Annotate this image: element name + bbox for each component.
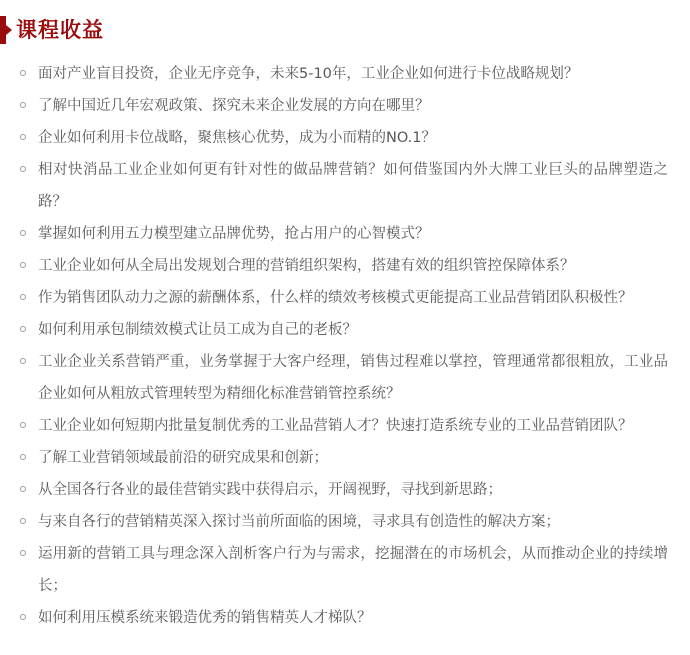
bullet-circle-icon <box>20 262 26 268</box>
bullet-circle-icon <box>20 70 26 76</box>
list-item-text: 相对快消品工业企业如何更有针对性的做品牌营销？如何借鉴国内外大牌工业巨头的品牌塑… <box>38 162 668 210</box>
benefits-list: 面对产业盲目投资，企业无序竞争，未来5-10年，工业企业如何进行卡位战略规划？ … <box>0 58 690 634</box>
bullet-circle-icon <box>20 134 26 140</box>
bullet-circle-icon <box>20 422 26 428</box>
list-item: 了解中国近几年宏观政策、探究未来企业发展的方向在哪里？ <box>20 90 668 122</box>
list-item: 运用新的营销工具与理念深入剖析客户行为与需求，挖掘潜在的市场机会，从而推动企业的… <box>20 538 668 602</box>
list-item: 相对快消品工业企业如何更有针对性的做品牌营销？如何借鉴国内外大牌工业巨头的品牌塑… <box>20 154 668 218</box>
section-header: 课程收益 <box>0 15 690 45</box>
list-item-text: 与来自各行的营销精英深入探讨当前所面临的困境，寻求具有创造性的解决方案； <box>38 514 560 530</box>
list-item-text: 工业企业如何短期内批量复制优秀的工业品营销人才？快速打造系统专业的工业品营销团队… <box>38 418 633 434</box>
list-item-text: 企业如何利用卡位战略，聚焦核心优势，成为小而精的NO.1？ <box>38 130 436 146</box>
section-marker-icon <box>0 16 6 44</box>
list-item: 如何利用承包制绩效模式让员工成为自己的老板？ <box>20 314 668 346</box>
list-item: 作为销售团队动力之源的薪酬体系，什么样的绩效考核模式更能提高工业品营销团队积极性… <box>20 282 668 314</box>
list-item-text: 了解中国近几年宏观政策、探究未来企业发展的方向在哪里？ <box>38 98 430 114</box>
course-benefits-page: 课程收益 面对产业盲目投资，企业无序竞争，未来5-10年，工业企业如何进行卡位战… <box>0 0 690 655</box>
list-item-text: 了解工业营销领域最前沿的研究成果和创新； <box>38 450 328 466</box>
bullet-circle-icon <box>20 102 26 108</box>
bullet-circle-icon <box>20 326 26 332</box>
list-item-text: 面对产业盲目投资，企业无序竞争，未来5-10年，工业企业如何进行卡位战略规划？ <box>38 66 578 82</box>
bullet-circle-icon <box>20 358 26 364</box>
list-item: 掌握如何利用五力模型建立品牌优势，抢占用户的心智模式？ <box>20 218 668 250</box>
list-item: 如何利用压模系统来锻造优秀的销售精英人才梯队？ <box>20 602 668 634</box>
bullet-circle-icon <box>20 166 26 172</box>
list-item: 与来自各行的营销精英深入探讨当前所面临的困境，寻求具有创造性的解决方案； <box>20 506 668 538</box>
list-item: 面对产业盲目投资，企业无序竞争，未来5-10年，工业企业如何进行卡位战略规划？ <box>20 58 668 90</box>
list-item-text: 工业企业如何从全局出发规划合理的营销组织架构，搭建有效的组织管控保障体系？ <box>38 258 575 274</box>
section-title: 课程收益 <box>16 16 104 44</box>
bullet-circle-icon <box>20 454 26 460</box>
list-item: 工业企业如何短期内批量复制优秀的工业品营销人才？快速打造系统专业的工业品营销团队… <box>20 410 668 442</box>
list-item-text: 掌握如何利用五力模型建立品牌优势，抢占用户的心智模式？ <box>38 226 430 242</box>
list-item-text: 如何利用承包制绩效模式让员工成为自己的老板？ <box>38 322 357 338</box>
bullet-circle-icon <box>20 614 26 620</box>
list-item: 了解工业营销领域最前沿的研究成果和创新； <box>20 442 668 474</box>
list-item-text: 如何利用压模系统来锻造优秀的销售精英人才梯队？ <box>38 610 372 626</box>
bullet-circle-icon <box>20 518 26 524</box>
list-item-text: 工业企业关系营销严重，业务掌握于大客户经理，销售过程难以掌控，管理通常都很粗放，… <box>38 354 668 402</box>
bullet-circle-icon <box>20 550 26 556</box>
bullet-circle-icon <box>20 230 26 236</box>
list-item-text: 从全国各行各业的最佳营销实践中获得启示，开阔视野，寻找到新思路； <box>38 482 502 498</box>
bullet-circle-icon <box>20 486 26 492</box>
list-item: 企业如何利用卡位战略，聚焦核心优势，成为小而精的NO.1？ <box>20 122 668 154</box>
list-item: 工业企业关系营销严重，业务掌握于大客户经理，销售过程难以掌控，管理通常都很粗放，… <box>20 346 668 410</box>
list-item-text: 运用新的营销工具与理念深入剖析客户行为与需求，挖掘潜在的市场机会，从而推动企业的… <box>38 546 668 594</box>
list-item: 工业企业如何从全局出发规划合理的营销组织架构，搭建有效的组织管控保障体系？ <box>20 250 668 282</box>
list-item: 从全国各行各业的最佳营销实践中获得启示，开阔视野，寻找到新思路； <box>20 474 668 506</box>
bullet-circle-icon <box>20 294 26 300</box>
list-item-text: 作为销售团队动力之源的薪酬体系，什么样的绩效考核模式更能提高工业品营销团队积极性… <box>38 290 633 306</box>
